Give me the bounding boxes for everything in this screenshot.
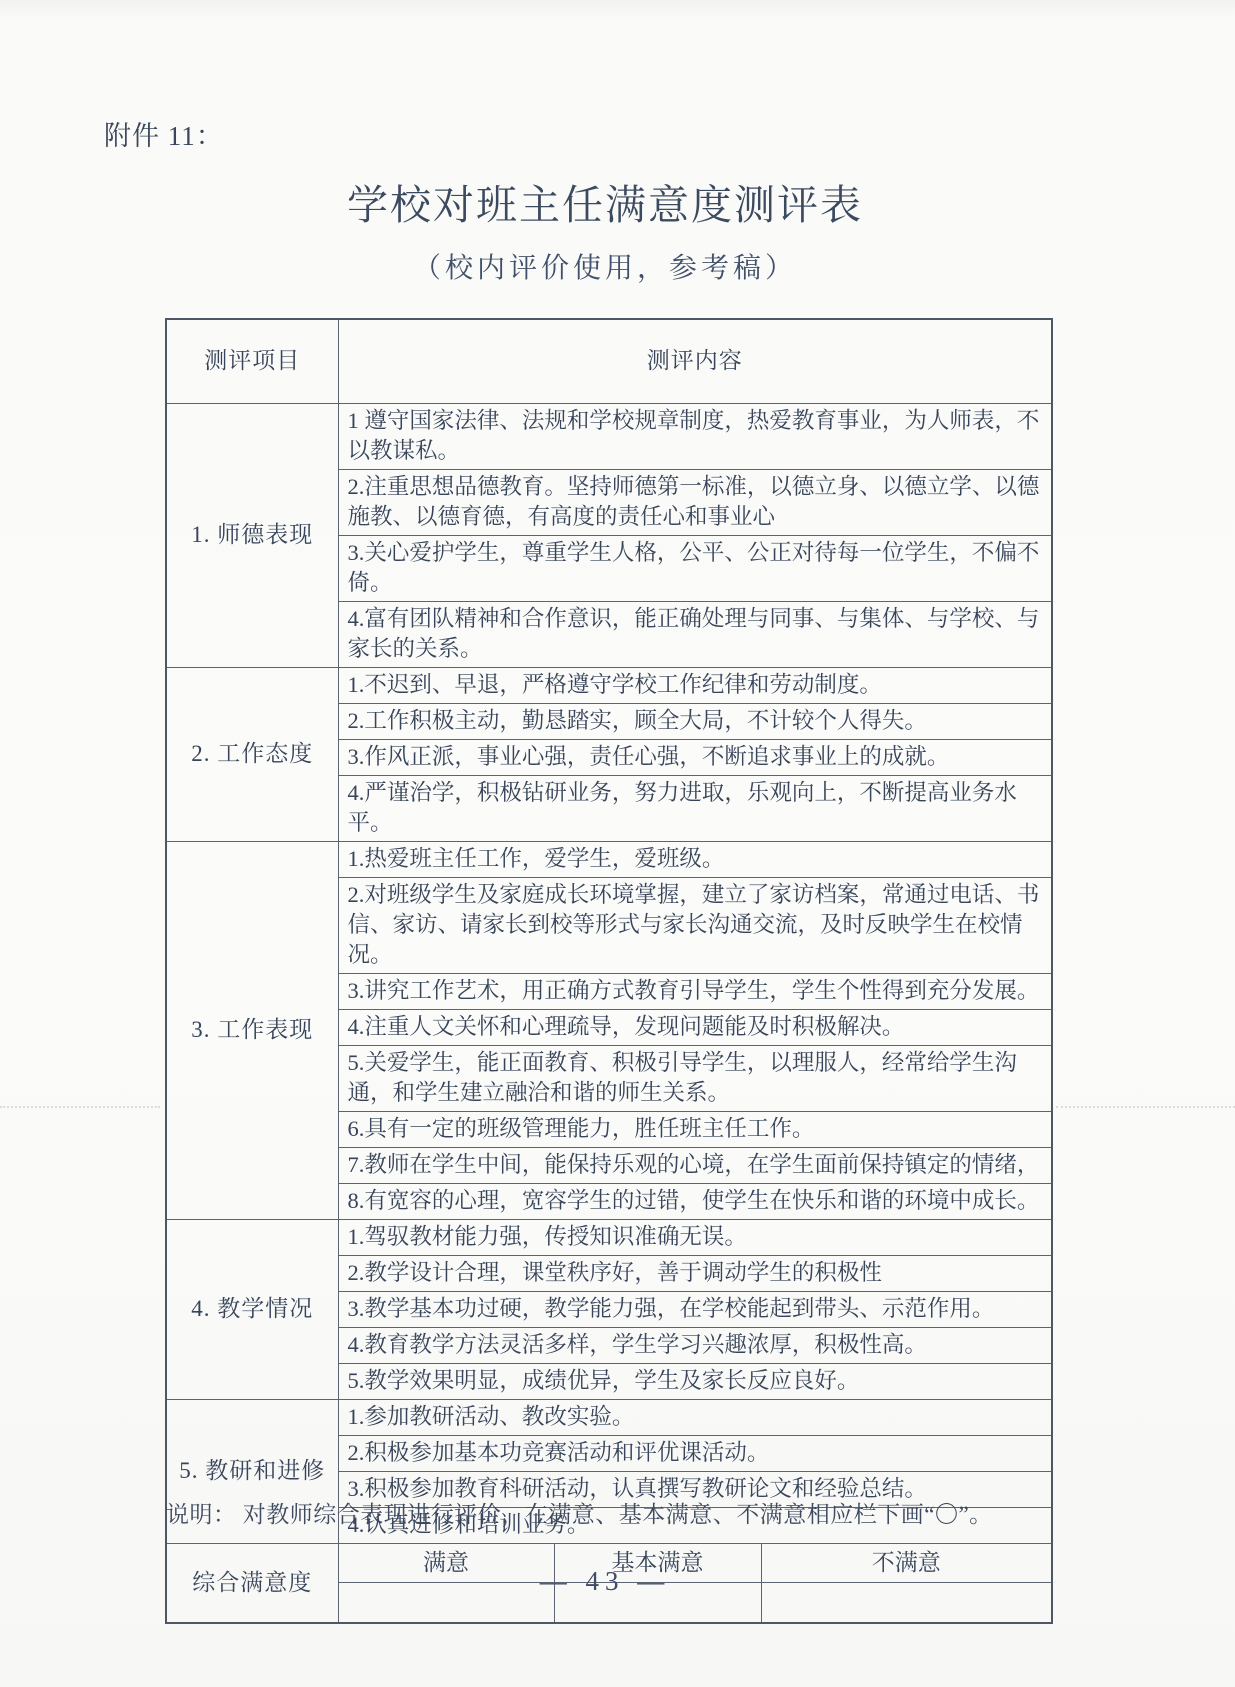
scan-fold-line-right [1056, 1106, 1235, 1108]
item-cell: 3.教学基本功过硬，教学能力强，在学校能起到带头、示范作用。 [338, 1292, 1052, 1328]
table-row: 2. 工作态度 1.不迟到、早退，严格遵守学校工作纪律和劳动制度。 [166, 668, 1052, 704]
footnote: 说明： 对教师综合表现进行评价，在满意、基本满意、不满意相应栏下画“〇”。 [166, 1496, 1086, 1529]
item-cell: 6.具有一定的班级管理能力，胜任班主任工作。 [338, 1112, 1052, 1148]
item-cell: 2.工作积极主动，勤恳踏实，顾全大局，不计较个人得失。 [338, 704, 1052, 740]
section-label-gongzuotaidu: 2. 工作态度 [166, 668, 338, 842]
item-cell: 4.严谨治学，积极钻研业务，努力进取，乐观向上，不断提高业务水平。 [338, 776, 1052, 842]
item-cell: 1.驾驭教材能力强，传授知识准确无误。 [338, 1220, 1052, 1256]
section-label-shide: 1. 师德表现 [166, 404, 338, 668]
item-cell: 1.不迟到、早退，严格遵守学校工作纪律和劳动制度。 [338, 668, 1052, 704]
table-row: 1. 师德表现 1 遵守国家法律、法规和学校规章制度，热爱教育事业，为人师表，不… [166, 404, 1052, 470]
item-cell: 7.教师在学生中间，能保持乐观的心境，在学生面前保持镇定的情绪， [338, 1148, 1052, 1184]
document-page: 附件 11： 学校对班主任满意度测评表 （校内评价使用，参考稿） 测评项目 测评… [0, 0, 1235, 1687]
item-cell: 4.教育教学方法灵活多样，学生学习兴趣浓厚，积极性高。 [338, 1328, 1052, 1364]
item-cell: 8.有宽容的心理，宽容学生的过错，使学生在快乐和谐的环境中成长。 [338, 1184, 1052, 1220]
page-number: — 43 — [0, 1566, 1210, 1597]
evaluation-table: 测评项目 测评内容 1. 师德表现 1 遵守国家法律、法规和学校规章制度，热爱教… [165, 318, 1053, 1624]
column-header-item: 测评项目 [166, 319, 338, 404]
scan-fold-line-left [0, 1106, 160, 1108]
item-cell: 4.富有团队精神和合作意识，能正确处理与同事、与集体、与学校、与家长的关系。 [338, 602, 1052, 668]
item-cell: 1 遵守国家法律、法规和学校规章制度，热爱教育事业，为人师表，不以教谋私。 [338, 404, 1052, 470]
item-cell: 2.教学设计合理，课堂秩序好，善于调动学生的积极性 [338, 1256, 1052, 1292]
section-label-gongzuobiaoxian: 3. 工作表现 [166, 842, 338, 1220]
page-subtitle: （校内评价使用，参考稿） [0, 246, 1210, 286]
table-row: 4. 教学情况 1.驾驭教材能力强，传授知识准确无误。 [166, 1220, 1052, 1256]
item-cell: 3.关心爱护学生，尊重学生人格，公平、公正对待每一位学生，不偏不倚。 [338, 536, 1052, 602]
section-label-jiaoxueqingkuang: 4. 教学情况 [166, 1220, 338, 1400]
item-cell: 1.参加教研活动、教改实验。 [338, 1400, 1052, 1436]
table-row: 5. 教研和进修 1.参加教研活动、教改实验。 [166, 1400, 1052, 1436]
item-cell: 1.热爱班主任工作，爱学生，爱班级。 [338, 842, 1052, 878]
item-cell: 3.作风正派，事业心强，责任心强，不断追求事业上的成就。 [338, 740, 1052, 776]
table-header-row: 测评项目 测评内容 [166, 319, 1052, 404]
item-cell: 4.注重人文关怀和心理疏导，发现问题能及时积极解决。 [338, 1010, 1052, 1046]
item-cell: 3.讲究工作艺术，用正确方式教育引导学生，学生个性得到充分发展。 [338, 974, 1052, 1010]
attachment-label: 附件 11： [104, 114, 224, 153]
item-cell: 2.积极参加基本功竞赛活动和评优课活动。 [338, 1436, 1052, 1472]
page-title: 学校对班主任满意度测评表 [0, 172, 1210, 231]
item-cell: 2.注重思想品德教育。坚持师德第一标准，以德立身、以德立学、以德施教、以德育德，… [338, 470, 1052, 536]
item-cell: 5.关爱学生，能正面教育、积极引导学生，以理服人，经常给学生沟通，和学生建立融洽… [338, 1046, 1052, 1112]
table-row: 3. 工作表现 1.热爱班主任工作，爱学生，爱班级。 [166, 842, 1052, 878]
column-header-content: 测评内容 [338, 319, 1052, 404]
item-cell: 5.教学效果明显，成绩优异，学生及家长反应良好。 [338, 1364, 1052, 1400]
item-cell: 2.对班级学生及家庭成长环境掌握，建立了家访档案，常通过电话、书信、家访、请家长… [338, 878, 1052, 974]
